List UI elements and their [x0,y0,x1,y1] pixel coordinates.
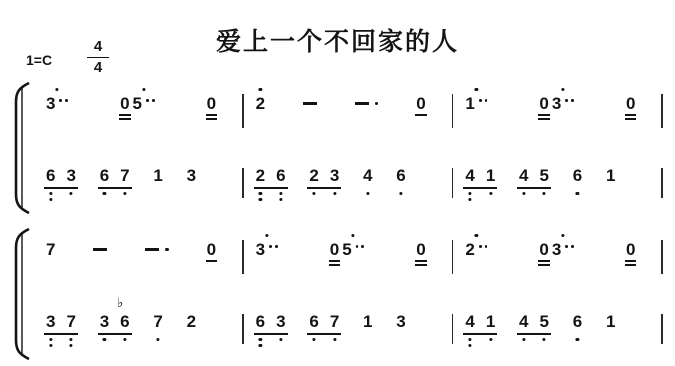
beamed-pair: 26 [256,166,286,185]
note-digit: 3 [256,240,265,259]
note: 4 [363,166,372,185]
rest-note: 0 [416,94,425,113]
measure: 414561 [453,312,661,331]
augmentation-dots-icon [146,99,155,102]
note: 6 [46,166,55,185]
note: 5 [133,94,155,113]
melody-line-1: 3050201030 [34,94,663,134]
note: 3 [46,312,55,331]
measure: 636713 [244,312,452,331]
note-digit: 2 [256,166,265,185]
eighth-underline-icon [329,260,340,262]
end-barline [661,94,663,128]
note: 1 [606,312,615,331]
note: 6 [573,166,582,185]
score-system-1: 3050201030 636713262346414561 [12,82,663,214]
octave-dot-below-icon [468,344,471,347]
key-signature: 1=C [26,52,52,68]
augmentation-dots-icon [356,245,365,248]
sixteenth-underline-icon [538,118,549,120]
note-digit: 5 [342,240,351,259]
augmentation-dots-icon [565,245,574,248]
octave-dot-below-icon [313,192,316,195]
measure: 2030 [453,240,661,259]
beam-underline-icon [254,187,288,189]
beamed-pair: 41 [465,312,495,331]
dash-note [145,240,168,251]
note: 3 [276,312,285,331]
augmentation-dot-icon [165,248,168,251]
note: 1 [153,166,162,185]
measure: 414561 [453,166,661,185]
time-signature-numerator: 4 [87,38,109,58]
note-digit: 2 [309,166,318,185]
melody-line-2: 7030502030 [34,240,663,280]
octave-dot-below-icon [103,338,106,341]
octave-dot-below-icon [489,338,492,341]
duration-dash-icon [93,248,107,251]
note-digit: 4 [465,312,474,331]
note: 6 [100,166,109,185]
note-digit: 3 [46,94,55,113]
note-digit: 6 [396,166,405,185]
octave-dot-below-icon [576,338,579,341]
beat-group [145,240,168,251]
beat-group: 6 [573,166,582,185]
beat-group: 1 [363,312,372,331]
time-signature: 4 4 [87,38,109,77]
octave-dot-below-icon [49,192,52,195]
note: 3 [66,166,75,185]
beat-group: 1 [153,166,162,185]
octave-dot-below-icon [333,338,336,341]
rest-note: 0 [120,94,129,113]
note-digit: 6 [276,166,285,185]
octave-dot-below-icon [279,198,282,201]
beat-group: 2 [256,94,265,113]
sheet-music-page: 爱上一个不回家的人 1=C 4 4 3050201030 63671326234… [0,0,675,366]
note: 3 [552,240,574,259]
beat-group: 7 [153,312,162,331]
note-digit: 0 [416,94,425,113]
flat-sign: ♭ [117,297,123,310]
beamed-pair: 45 [519,312,549,331]
eighth-underline-icon [415,260,426,262]
note-digit: 1 [486,166,495,185]
octave-dot-below-icon [49,344,52,347]
octave-dot-above-icon [265,234,268,237]
note-digit: 0 [539,94,548,113]
note: 1 [465,94,487,113]
beamed-pair: 23 [309,166,339,185]
eighth-underline-icon [538,260,549,262]
note: 3 [396,312,405,331]
sixteenth-underline-icon [206,118,217,120]
measure: 1030 [453,94,661,113]
octave-dot-below-icon [70,338,73,341]
end-barline [661,240,663,274]
beat-group: 1 [606,312,615,331]
beat-group: 7 [46,240,55,259]
eighth-underline-icon [206,114,217,116]
note: 5 [342,240,364,259]
beam-underline-icon [254,333,288,335]
beam-underline-icon [463,333,497,335]
octave-dot-below-icon [49,338,52,341]
note-digit: 6 [120,312,129,331]
octave-dot-above-icon [55,88,58,91]
beat-group: 05 [330,240,365,259]
octave-dot-below-icon [70,192,73,195]
measure: 262346 [244,166,452,185]
octave-dot-below-icon [399,192,402,195]
beat-group: 0 [626,240,635,259]
octave-dot-below-icon [468,192,471,195]
note-digit: 5 [133,94,142,113]
note: 3 [187,166,196,185]
beat-group [355,94,378,105]
eighth-underline-icon [625,260,636,262]
note-digit: 1 [606,312,615,331]
octave-dot-below-icon [49,198,52,201]
octave-dot-above-icon [259,88,262,91]
rest-note: 0 [330,240,339,259]
beat-group [303,94,317,105]
note-digit: 2 [256,94,265,113]
note-digit: 0 [626,240,635,259]
beat-group: 0 [416,240,425,259]
beamed-pair: 63 [46,166,76,185]
beat-group: 3 [187,166,196,185]
note: 6 [573,312,582,331]
octave-dot-below-icon [468,338,471,341]
end-barline [661,314,663,344]
note: 6 [309,312,318,331]
sixteenth-underline-icon [625,118,636,120]
note: 6 [276,166,285,185]
beamed-pair: 63 [256,312,286,331]
note: 5 [540,312,549,331]
beat-group: 03 [539,240,574,259]
beamed-pair: 67 [309,312,339,331]
rest-note: 0 [539,94,548,113]
octave-dot-above-icon [475,234,478,237]
note-digit: 2 [465,240,474,259]
note: 7 [46,240,55,259]
note-digit: 6 [573,312,582,331]
eighth-underline-icon [206,260,217,262]
note-digit: 6 [309,312,318,331]
note-digit: 3 [276,312,285,331]
note-digit: 4 [465,166,474,185]
time-signature-denominator: 4 [87,58,109,77]
note-digit: 5 [540,166,549,185]
bass-line-2: 3736♭72636713414561 [34,312,663,360]
duration-dash-icon [355,102,369,105]
augmentation-dots-icon [479,99,488,102]
note: 4 [465,166,474,185]
sixteenth-underline-icon [119,118,130,120]
beamed-pair: 37 [46,312,76,331]
note: 3 [552,94,574,113]
octave-dot-above-icon [352,234,355,237]
beamed-pair: 45 [519,166,549,185]
note-digit: 4 [519,312,528,331]
beat-group: 0 [626,94,635,113]
note: 6♭ [120,312,129,331]
beat-group: 6 [573,312,582,331]
note-digit: 7 [66,312,75,331]
octave-dot-below-icon [123,192,126,195]
sixteenth-underline-icon [415,264,426,266]
octave-dot-below-icon [333,192,336,195]
augmentation-dots-icon [479,245,488,248]
note: 4 [519,312,528,331]
note-digit: 0 [120,94,129,113]
octave-dot-below-icon [259,192,262,195]
note: 4 [519,166,528,185]
note-digit: 0 [330,240,339,259]
beam-underline-icon [44,187,78,189]
note: 7 [120,166,129,185]
note-digit: 0 [626,94,635,113]
note: 3 [100,312,109,331]
note: 6 [396,166,405,185]
note: 2 [256,166,265,185]
note-digit: 4 [363,166,372,185]
rest-note: 0 [207,240,216,259]
note-digit: 7 [330,312,339,331]
note-digit: 7 [120,166,129,185]
beamed-pair: 36♭ [100,312,130,331]
note: 3 [330,166,339,185]
duration-dash-icon [145,248,159,251]
rest-note: 0 [207,94,216,113]
eighth-underline-icon [415,114,426,116]
augmentation-dots-icon [59,99,68,102]
note: 2 [187,312,196,331]
note-digit: 3 [187,166,196,185]
note-digit: 0 [539,240,548,259]
octave-dot-above-icon [561,234,564,237]
beat-group: 3 [46,94,68,113]
note-digit: 5 [540,312,549,331]
octave-dot-below-icon [103,192,106,195]
beat-group: 1 [465,94,487,113]
beat-group: 0 [207,240,216,259]
note: 7 [153,312,162,331]
note: 5 [540,166,549,185]
beamed-pair: 41 [465,166,495,185]
eighth-underline-icon [625,114,636,116]
sixteenth-underline-icon [625,264,636,266]
octave-dot-below-icon [259,198,262,201]
measure: 636713 [34,166,242,185]
note-digit: 3 [46,312,55,331]
note: 2 [256,94,265,113]
octave-dot-below-icon [259,338,262,341]
rest-note: 0 [626,240,635,259]
note-digit: 3 [100,312,109,331]
note-digit: 3 [552,94,561,113]
octave-dot-below-icon [543,338,546,341]
note-digit: 1 [363,312,372,331]
beam-underline-icon [517,333,551,335]
octave-dot-below-icon [157,338,160,341]
note-digit: 0 [207,240,216,259]
beat-group: 0 [416,94,425,113]
octave-dot-below-icon [576,192,579,195]
rest-note: 0 [539,240,548,259]
note-digit: 1 [153,166,162,185]
beam-underline-icon [463,187,497,189]
beat-group [93,240,107,251]
beam-underline-icon [517,187,551,189]
end-barline [661,168,663,198]
note: 3 [256,240,278,259]
octave-dot-below-icon [468,198,471,201]
duration-dash-icon [303,102,317,105]
measure: 3050 [34,94,242,113]
octave-dot-below-icon [543,192,546,195]
beat-group: 3 [256,240,278,259]
note: 1 [606,166,615,185]
note: 1 [486,166,495,185]
note: 7 [66,312,75,331]
rest-note: 0 [416,240,425,259]
octave-dot-below-icon [522,338,525,341]
eighth-underline-icon [538,114,549,116]
note-digit: 3 [396,312,405,331]
note-digit: 6 [46,166,55,185]
measure: 3050 [244,240,452,259]
note-digit: 1 [486,312,495,331]
eighth-underline-icon [119,114,130,116]
octave-dot-below-icon [366,192,369,195]
augmentation-dot-icon [375,102,378,105]
note-digit: 2 [187,312,196,331]
beat-group: 4 [363,166,372,185]
note: 1 [486,312,495,331]
dash-note [93,240,107,251]
octave-dot-below-icon [70,344,73,347]
note-digit: 7 [46,240,55,259]
augmentation-dots-icon [269,245,278,248]
note: 4 [465,312,474,331]
note-digit: 3 [330,166,339,185]
measure: 3736♭72 [34,312,242,331]
octave-dot-below-icon [279,192,282,195]
octave-dot-above-icon [475,88,478,91]
beamed-pair: 67 [100,166,130,185]
note: 7 [330,312,339,331]
octave-dot-above-icon [142,88,145,91]
beat-group: 3 [396,312,405,331]
beam-underline-icon [307,187,341,189]
measure: 70 [34,240,242,259]
note-digit: 3 [552,240,561,259]
beat-group: 0 [207,94,216,113]
augmentation-dots-icon [565,99,574,102]
note-digit: 0 [207,94,216,113]
note-digit: 6 [256,312,265,331]
rest-note: 0 [626,94,635,113]
beat-group: 2 [465,240,487,259]
octave-dot-above-icon [561,88,564,91]
beat-group: 05 [120,94,155,113]
measure: 20 [244,94,452,113]
sixteenth-underline-icon [329,264,340,266]
beat-group: 03 [539,94,574,113]
note-digit: 1 [465,94,474,113]
bass-line-1: 636713262346414561 [34,166,663,214]
note-digit: 6 [100,166,109,185]
beam-underline-icon [44,333,78,335]
beam-underline-icon [307,333,341,335]
octave-dot-below-icon [522,192,525,195]
note: 1 [363,312,372,331]
note: 6 [256,312,265,331]
sixteenth-underline-icon [538,264,549,266]
note: 3 [46,94,68,113]
note-digit: 0 [416,240,425,259]
note-digit: 7 [153,312,162,331]
note-digit: 4 [519,166,528,185]
dash-note [303,94,317,105]
dash-note [355,94,378,105]
beat-group: 2 [187,312,196,331]
note: 2 [309,166,318,185]
note-digit: 6 [573,166,582,185]
octave-dot-below-icon [259,344,262,347]
octave-dot-below-icon [279,338,282,341]
note-digit: 1 [606,166,615,185]
beam-underline-icon [98,187,132,189]
beat-group: 6 [396,166,405,185]
beat-group: 1 [606,166,615,185]
beam-underline-icon [98,333,132,335]
octave-dot-below-icon [489,192,492,195]
octave-dot-below-icon [313,338,316,341]
score-system-2: 7030502030 3736♭72636713414561 [12,228,663,360]
octave-dot-below-icon [123,338,126,341]
note: 2 [465,240,487,259]
note-digit: 3 [66,166,75,185]
